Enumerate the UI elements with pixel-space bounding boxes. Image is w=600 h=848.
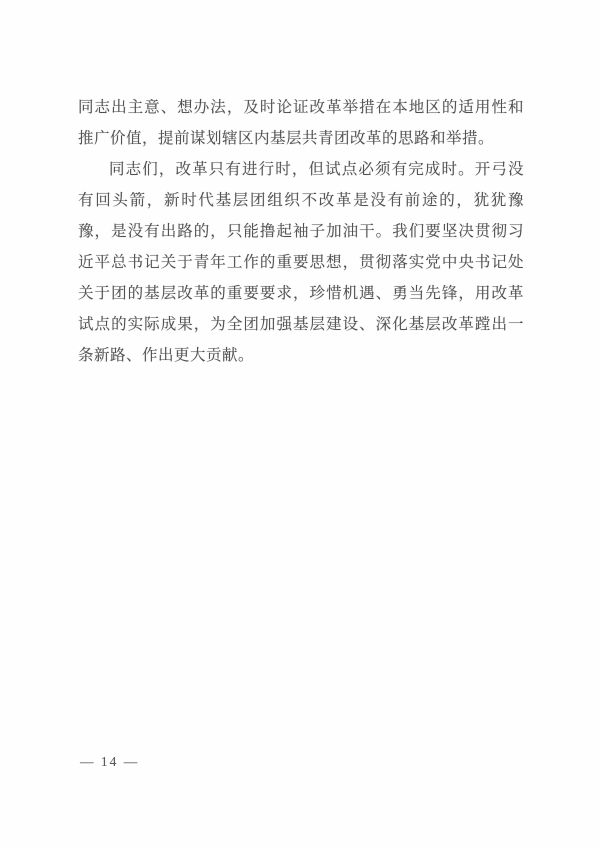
paragraph: 同志们，改革只有进行时，但试点必须有完成时。开弓没有回头箭，新时代基层团组织不改…	[78, 154, 524, 371]
document-body: 同志出主意、想办法，及时论证改革举措在本地区的适用性和推广价值，提前谋划辖区内基…	[78, 92, 524, 371]
paragraph-continuation: 同志出主意、想办法，及时论证改革举措在本地区的适用性和推广价值，提前谋划辖区内基…	[78, 92, 524, 154]
document-page: 同志出主意、想办法，及时论证改革举措在本地区的适用性和推广价值，提前谋划辖区内基…	[0, 0, 600, 848]
page-number: — 14 —	[80, 754, 139, 770]
